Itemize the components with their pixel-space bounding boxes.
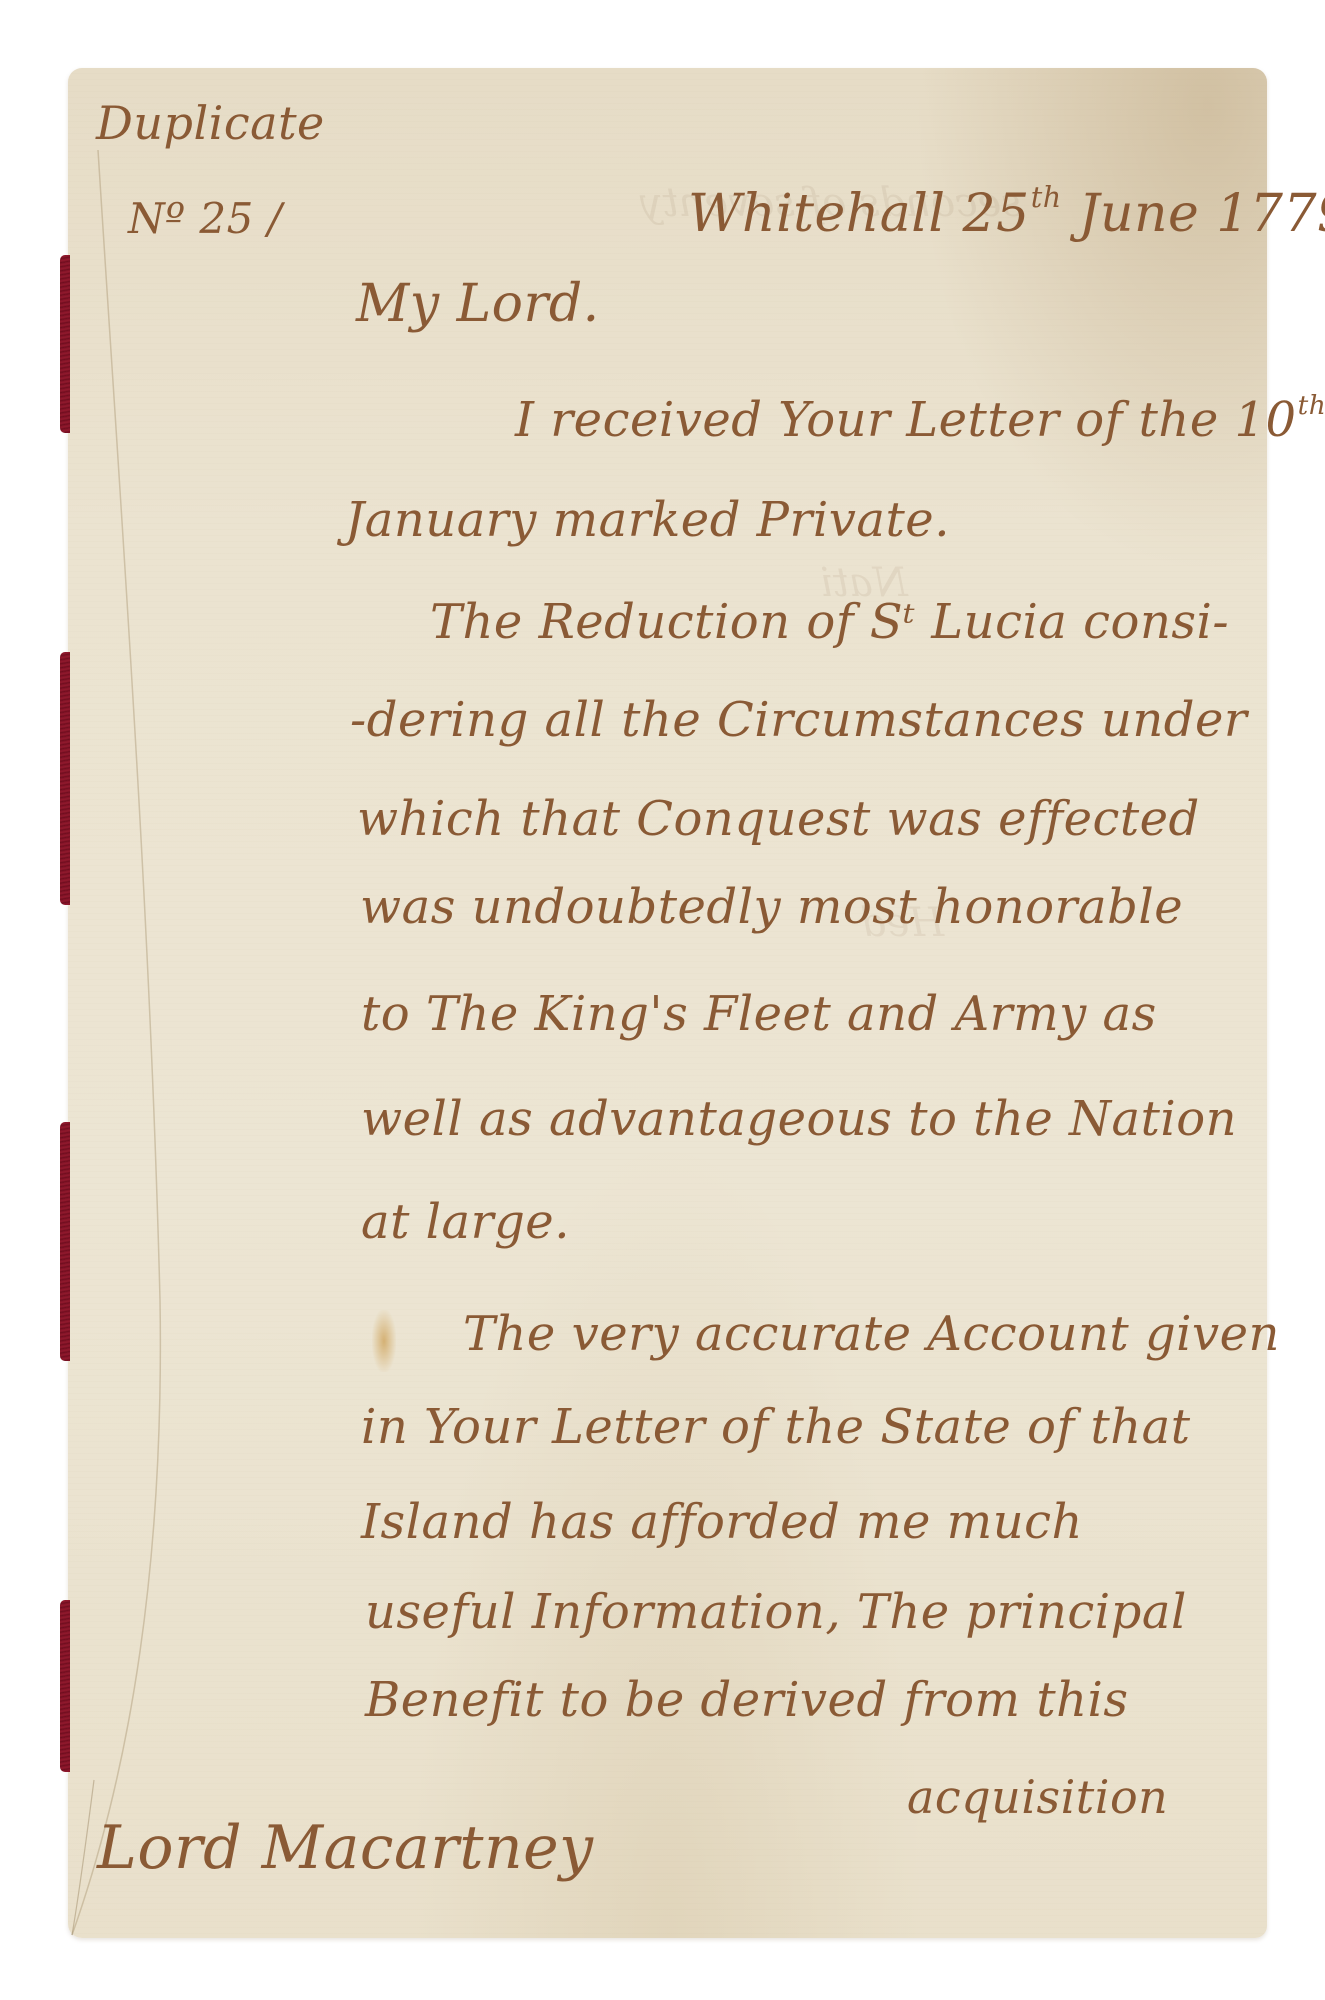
body-line-text: I received Your Letter of the 10 [515,392,1297,448]
body-line: in Your Letter of the State of that [361,1403,1191,1451]
body-line: The very accurate Account given [463,1310,1280,1358]
body-line: which that Conquest was effected [357,795,1200,843]
body-line: at large. [361,1198,570,1246]
body-line: useful Information, The principal [365,1588,1187,1636]
dateline-day-suffix: th [1031,180,1062,214]
body-line-suffix: th [1298,390,1325,421]
body-line: January marked Private. [345,496,950,544]
dateline-month-year: June 1779. [1079,184,1325,244]
dateline-day: 25 [963,184,1030,244]
body-line: The Reduction of Sᵗ Lucia consi- [430,598,1229,646]
catchword: acquisition [907,1774,1168,1820]
addressee: Lord Macartney [97,1818,594,1878]
dateline: Whitehall 25th June 1779. [688,188,1325,240]
body-line: Island has afforded me much [361,1498,1083,1546]
paper-stain [372,1310,396,1372]
binding-thread [60,1122,70,1361]
salutation: My Lord. [356,278,600,330]
body-line: Benefit to be derived from this [365,1676,1129,1724]
binding-thread [60,255,70,433]
body-line: to The King's Fleet and Army as [361,990,1157,1038]
dateline-place: Whitehall [688,184,946,244]
binding-thread [60,1600,70,1772]
body-line: well as advantageous to the Nation [361,1095,1237,1143]
body-line: was undoubtedly most honorable [360,883,1183,931]
body-line: -dering all the Circumstances under [350,696,1247,744]
duplicate-label: Duplicate [96,100,325,146]
binding-thread [60,652,70,905]
letter-number: Nº 25 / [128,198,282,240]
body-line: I received Your Letter of the 10th [515,396,1325,444]
